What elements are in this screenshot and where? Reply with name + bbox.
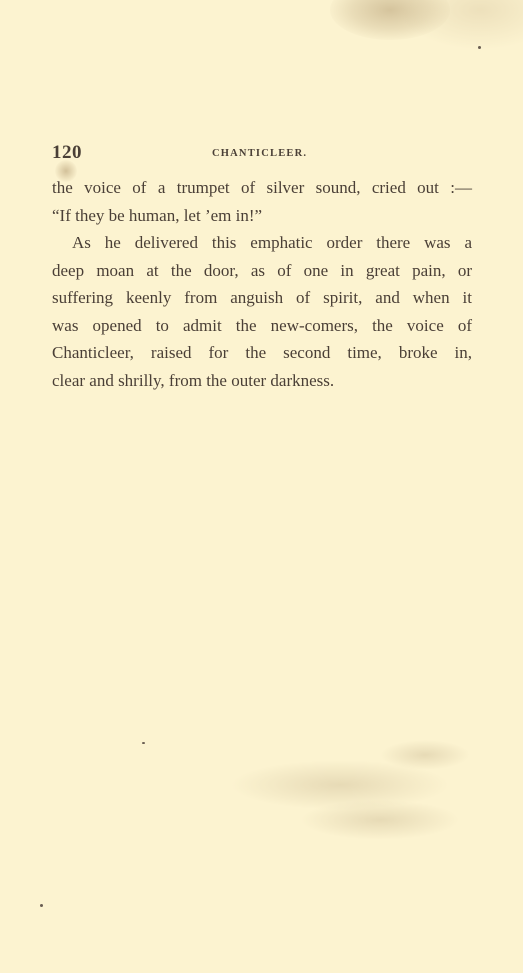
text-line: “If they be human, let ’em in!”	[52, 202, 472, 230]
book-page: 120 CHANTICLEER. the voice of a trumpet …	[0, 0, 523, 973]
text-line: As he delivered this emphatic order ther…	[52, 229, 472, 257]
paper-smudge	[380, 740, 470, 770]
paper-smudge	[300, 800, 460, 840]
text-line: deep moan at the door, as of one in grea…	[52, 257, 472, 285]
text-line: Chanticleer, raised for the second time,…	[52, 339, 472, 367]
ink-speck	[142, 742, 145, 744]
text-line: the voice of a trumpet of silver sound, …	[52, 174, 472, 202]
ink-speck	[40, 904, 43, 907]
running-head: CHANTICLEER.	[212, 148, 307, 159]
text-line: was opened to admit the new-comers, the …	[52, 312, 472, 340]
page-number: 120	[52, 142, 82, 164]
text-line: clear and shrilly, from the outer darkne…	[52, 367, 472, 395]
text-line: suffering keenly from anguish of spirit,…	[52, 284, 472, 312]
body-text: the voice of a trumpet of silver sound, …	[52, 174, 472, 394]
page-header: 120 CHANTICLEER.	[52, 140, 472, 164]
ink-speck	[478, 46, 481, 49]
paper-stain	[400, 0, 523, 50]
